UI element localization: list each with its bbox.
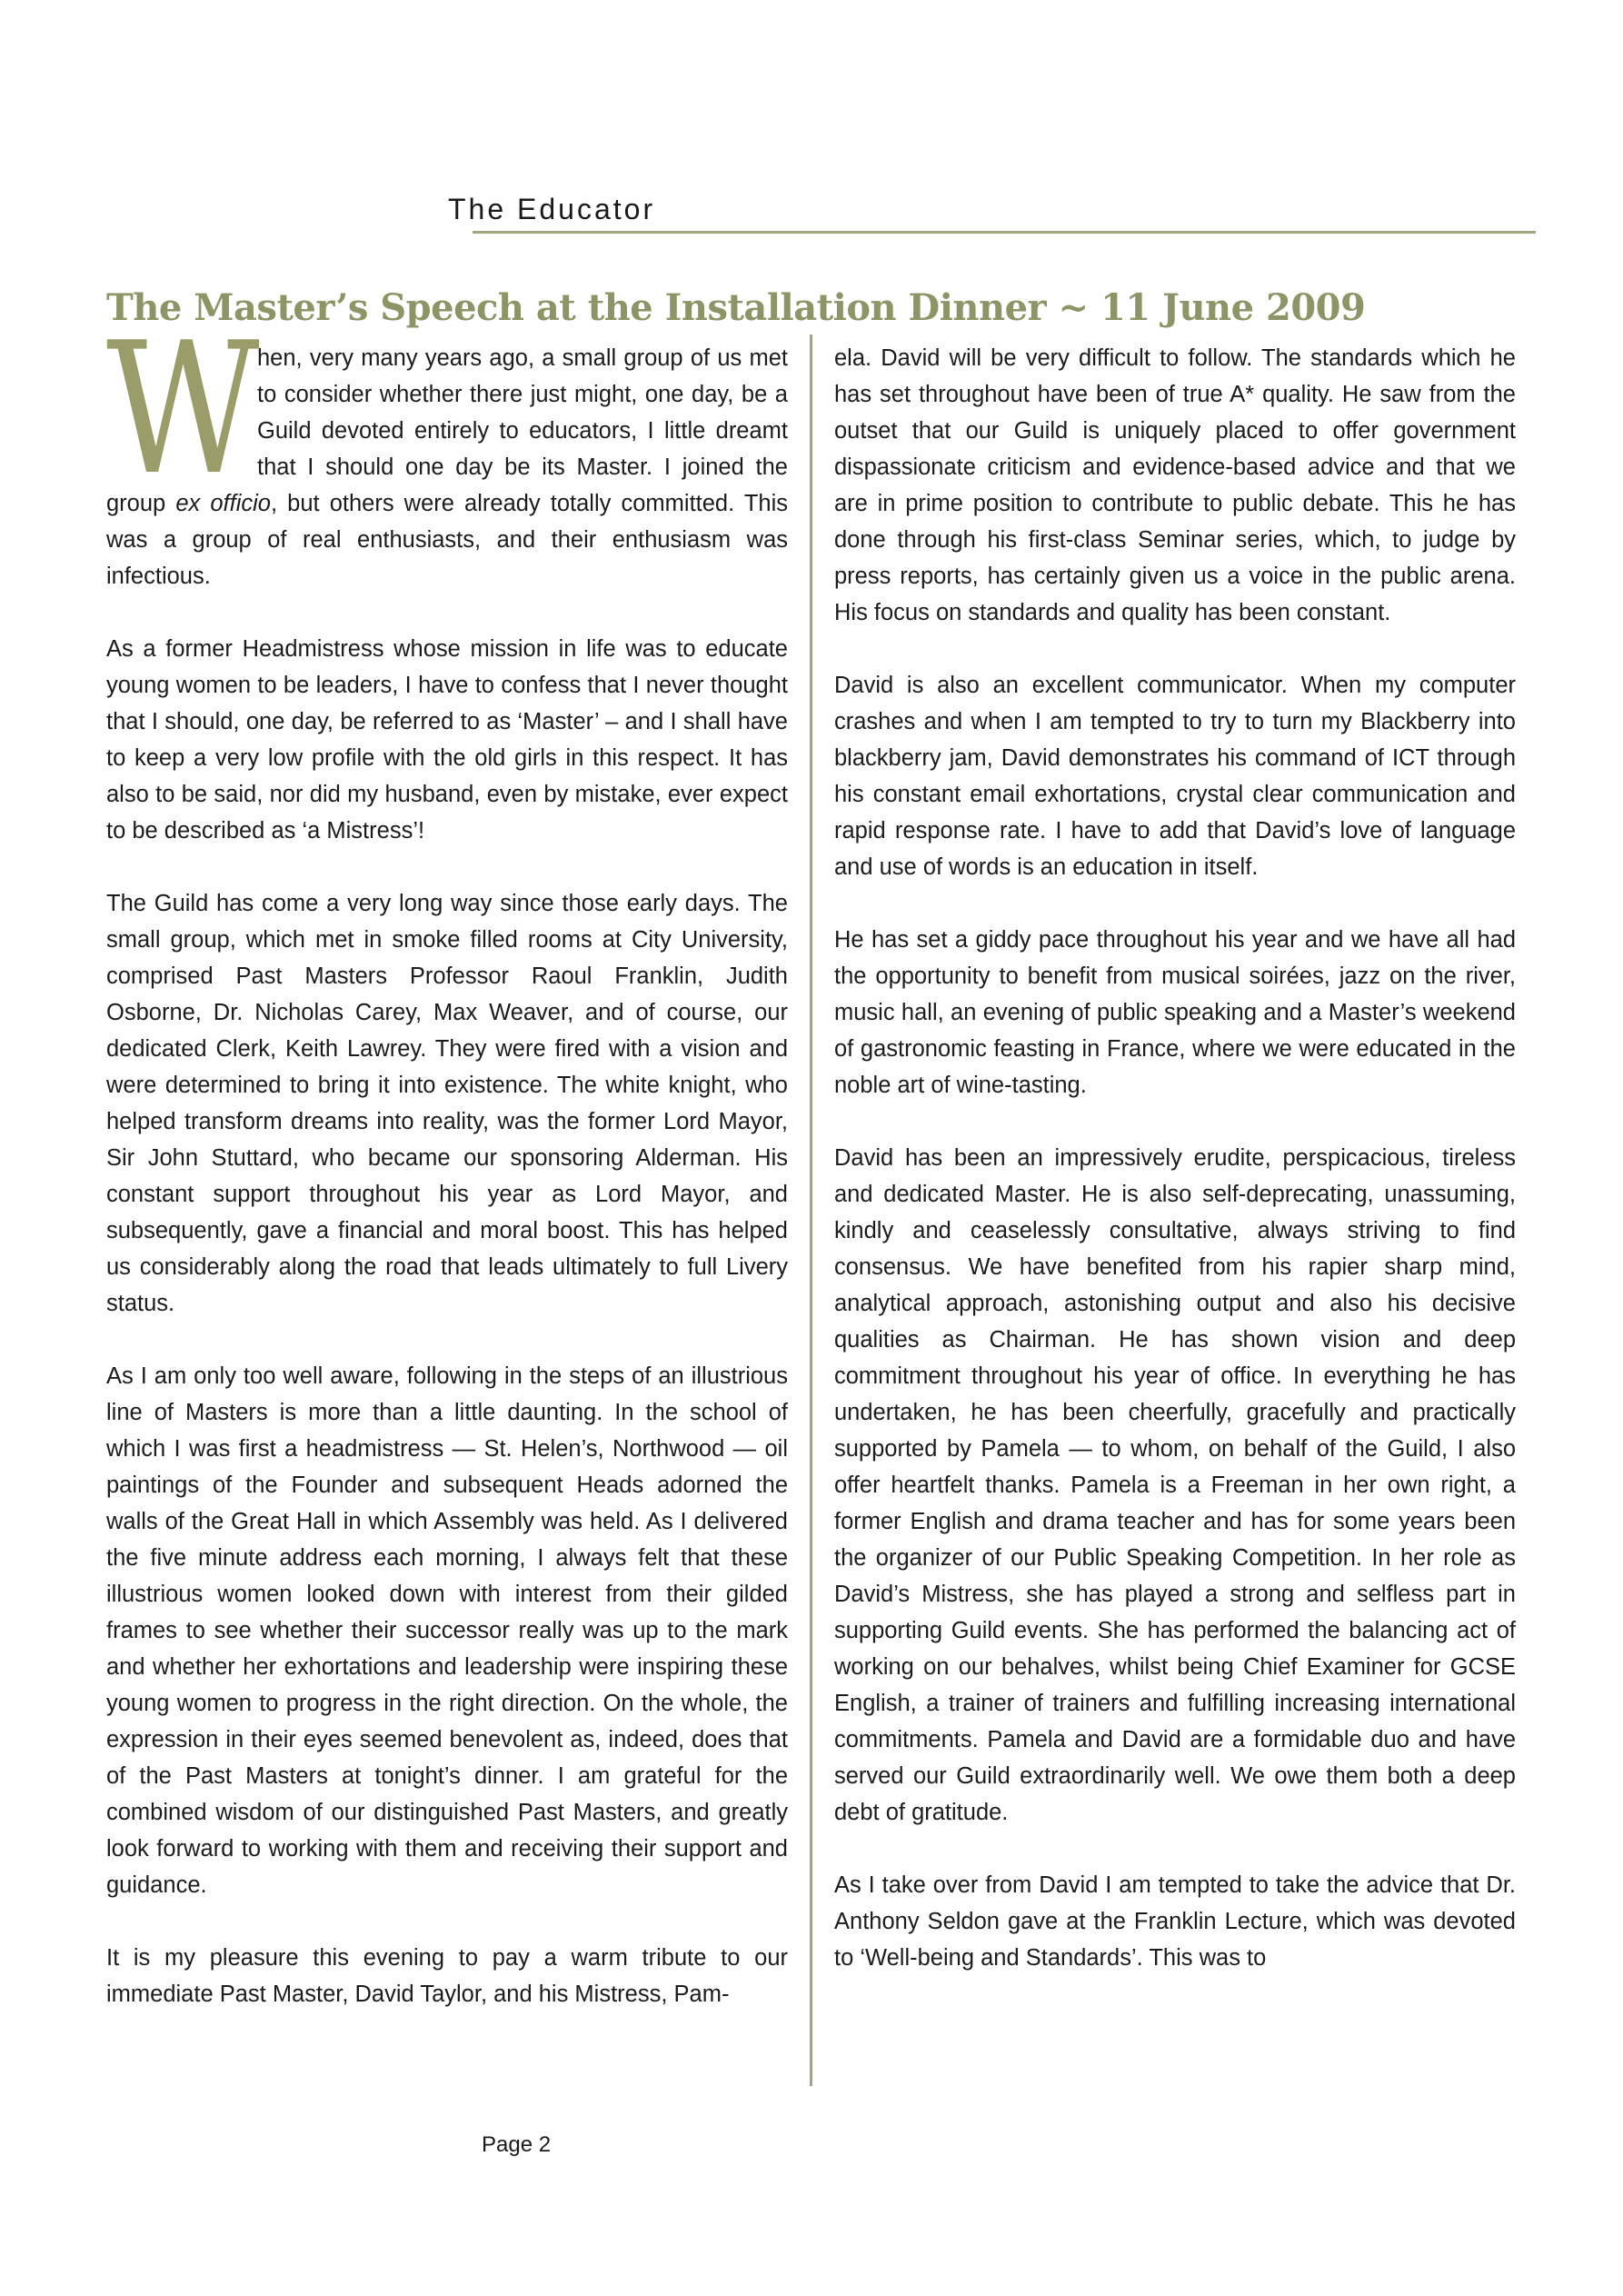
column-divider: [810, 334, 812, 2086]
paragraph: As I take over from David I am tempted t…: [834, 1867, 1516, 1976]
paragraph: As I am only too well aware, following i…: [106, 1358, 788, 1903]
article-title: The Master’s Speech at the Installation …: [106, 283, 1524, 334]
paragraph: The Guild has come a very long way since…: [106, 885, 788, 1322]
paragraph: It is my pleasure this evening to pay a …: [106, 1940, 788, 2012]
header-rule: [473, 231, 1536, 234]
paragraph: David is also an excellent communicator.…: [834, 667, 1516, 885]
paragraph: David has been an impressively erudite, …: [834, 1140, 1516, 1831]
paragraph: ela. David will be very difficult to fol…: [834, 340, 1516, 631]
paragraph: When, very many years ago, a small group…: [106, 340, 788, 594]
document-page: The Educator The Master’s Speech at the …: [0, 0, 1623, 2296]
paragraph: He has set a giddy pace throughout his y…: [834, 922, 1516, 1103]
right-column: ela. David will be very difficult to fol…: [834, 340, 1516, 1976]
drop-cap: W: [106, 342, 224, 485]
running-header-title: The Educator: [448, 193, 655, 225]
paragraph: As a former Headmistress whose mission i…: [106, 631, 788, 849]
left-column: When, very many years ago, a small group…: [106, 340, 788, 2012]
page-number: Page 2: [482, 2132, 551, 2158]
